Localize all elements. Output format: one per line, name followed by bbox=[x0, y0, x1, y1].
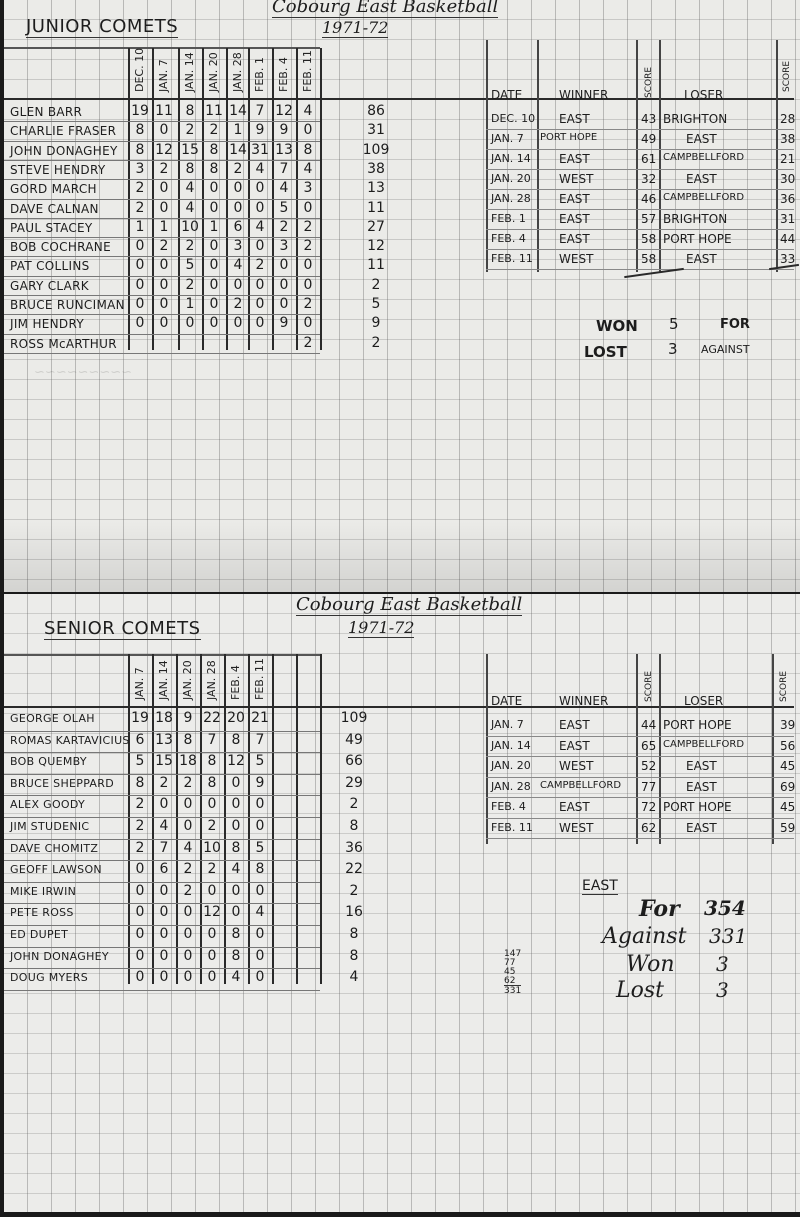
points-cell: 18 bbox=[152, 710, 176, 726]
player-name: GEORGE OLAH bbox=[10, 712, 95, 725]
points-cell: 0 bbox=[202, 238, 226, 254]
result-date: JAN. 7 bbox=[491, 718, 524, 731]
points-cell: 0 bbox=[248, 969, 272, 985]
points-cell: 2 bbox=[152, 161, 176, 177]
points-cell: 0 bbox=[128, 926, 152, 942]
points-cell: 3 bbox=[296, 180, 320, 196]
school-title: Cobourg East Basketball bbox=[296, 594, 522, 616]
points-cell: 0 bbox=[152, 969, 176, 985]
points-cell: 0 bbox=[248, 948, 272, 964]
player-row: CHARLIE FRASER8022199031 bbox=[4, 122, 424, 141]
against-label: AGAINST bbox=[701, 343, 750, 356]
points-cell: 4 bbox=[272, 180, 296, 196]
points-cell: 2 bbox=[202, 122, 226, 138]
points-cell: 0 bbox=[248, 238, 272, 254]
for-value: 354 bbox=[704, 896, 746, 920]
points-cell: 7 bbox=[152, 840, 176, 856]
points-cell: 2 bbox=[176, 775, 200, 791]
points-cell: 0 bbox=[224, 818, 248, 834]
result-loser: PORT HOPE bbox=[663, 718, 732, 732]
points-cell: 4 bbox=[248, 219, 272, 235]
row-divider bbox=[486, 149, 794, 150]
player-name: GORD MARCH bbox=[10, 182, 97, 196]
player-name: JOHN DONAGHEY bbox=[10, 950, 109, 963]
points-cell: 8 bbox=[128, 142, 152, 158]
won-label: Won bbox=[626, 952, 675, 977]
ledger-page-senior: SENIOR COMETS Cobourg East Basketball 19… bbox=[4, 594, 800, 1212]
row-divider bbox=[486, 269, 794, 270]
for-label: FOR bbox=[720, 317, 750, 332]
date-column-header: JAN. 14 bbox=[157, 660, 170, 700]
results-winner-header: WINNER bbox=[559, 88, 608, 102]
result-loser: EAST bbox=[686, 780, 717, 794]
player-row: ALEX GOODY2000002 bbox=[4, 796, 424, 818]
player-row: JOHN DONAGHEY0000808 bbox=[4, 948, 424, 970]
result-loser-score: 45 bbox=[780, 800, 795, 814]
total-points: 12 bbox=[356, 238, 396, 254]
result-loser: CAMPBELLFORD bbox=[663, 152, 744, 163]
points-cell: 13 bbox=[152, 732, 176, 748]
player-row: ROSS McARTHUR22 bbox=[4, 335, 424, 354]
player-name: PAUL STACEY bbox=[10, 221, 93, 235]
points-cell: 9 bbox=[248, 122, 272, 138]
points-cell: 0 bbox=[272, 257, 296, 273]
points-cell: 0 bbox=[272, 296, 296, 312]
player-row: DOUG MYERS0000404 bbox=[4, 969, 424, 991]
result-winner-score: 65 bbox=[641, 739, 656, 753]
points-cell: 2 bbox=[176, 861, 200, 877]
points-cell: 9 bbox=[272, 122, 296, 138]
points-cell: 7 bbox=[272, 161, 296, 177]
points-cell: 4 bbox=[178, 180, 202, 196]
points-cell: 20 bbox=[224, 710, 248, 726]
points-cell: 0 bbox=[200, 883, 224, 899]
result-winner: PORT HOPE bbox=[540, 132, 597, 143]
points-cell: 10 bbox=[178, 219, 202, 235]
bleed-through-text: ~~~~~~~~~ bbox=[34, 365, 132, 380]
total-points: 8 bbox=[334, 818, 374, 834]
points-cell: 0 bbox=[152, 180, 176, 196]
points-cell: 0 bbox=[152, 948, 176, 964]
points-cell: 0 bbox=[226, 315, 250, 331]
points-cell: 4 bbox=[176, 840, 200, 856]
player-row: BRUCE SHEPPARD82280929 bbox=[4, 775, 424, 797]
points-cell: 2 bbox=[128, 796, 152, 812]
points-cell: 5 bbox=[178, 257, 202, 273]
result-date: FEB. 11 bbox=[491, 821, 533, 834]
player-row: GEORGE OLAH19189222021109 bbox=[4, 710, 424, 732]
row-divider bbox=[486, 818, 794, 819]
result-loser-score: 28 bbox=[780, 112, 795, 126]
player-row: DAVE CHOMITZ274108536 bbox=[4, 840, 424, 862]
points-cell: 12 bbox=[152, 142, 176, 158]
player-name: MIKE IRWIN bbox=[10, 885, 76, 898]
won-value: 5 bbox=[669, 315, 679, 333]
points-cell: 0 bbox=[248, 277, 272, 293]
points-cell: 7 bbox=[248, 732, 272, 748]
points-cell: 2 bbox=[178, 238, 202, 254]
points-cell: 7 bbox=[248, 103, 272, 119]
result-winner: EAST bbox=[559, 152, 590, 166]
result-loser: BRIGHTON bbox=[663, 212, 727, 226]
points-cell: 22 bbox=[200, 710, 224, 726]
result-winner-score: 52 bbox=[641, 759, 656, 773]
total-points: 2 bbox=[356, 335, 396, 351]
result-winner-score: 77 bbox=[641, 780, 656, 794]
player-name: PAT COLLINS bbox=[10, 259, 90, 273]
points-cell: 0 bbox=[296, 277, 320, 293]
points-cell: 8 bbox=[202, 142, 226, 158]
points-cell: 8 bbox=[176, 732, 200, 748]
total-points: 11 bbox=[356, 200, 396, 216]
results-loser-header: LOSER bbox=[684, 88, 723, 102]
player-name: BOB COCHRANE bbox=[10, 240, 111, 254]
points-cell: 0 bbox=[248, 926, 272, 942]
calc-value: 331 bbox=[504, 985, 521, 996]
player-name: JIM HENDRY bbox=[10, 317, 84, 331]
row-divider bbox=[486, 838, 794, 839]
result-winner: WEST bbox=[559, 759, 593, 773]
result-winner-score: 57 bbox=[641, 212, 656, 226]
result-loser-score: 56 bbox=[780, 739, 795, 753]
points-cell: 10 bbox=[200, 840, 224, 856]
points-cell: 21 bbox=[248, 710, 272, 726]
player-row: GLEN BARR191181114712486 bbox=[4, 103, 424, 122]
points-cell: 0 bbox=[128, 948, 152, 964]
points-cell: 12 bbox=[200, 904, 224, 920]
points-cell: 5 bbox=[272, 200, 296, 216]
points-cell: 2 bbox=[296, 335, 320, 351]
player-row: STEVE HENDRY3288247438 bbox=[4, 161, 424, 180]
player-row: GORD MARCH2040004313 bbox=[4, 180, 424, 199]
points-cell: 0 bbox=[152, 883, 176, 899]
points-cell: 4 bbox=[296, 103, 320, 119]
total-points: 9 bbox=[356, 315, 396, 331]
result-loser-score: 36 bbox=[780, 192, 795, 206]
player-name: JIM STUDENIC bbox=[10, 820, 89, 833]
result-date: JAN. 28 bbox=[491, 780, 531, 793]
result-winner-score: 62 bbox=[641, 821, 656, 835]
points-cell: 1 bbox=[152, 219, 176, 235]
results-score2-header: SCORE bbox=[782, 61, 792, 92]
player-name: DAVE CALNAN bbox=[10, 202, 99, 216]
points-cell: 12 bbox=[224, 753, 248, 769]
points-cell: 0 bbox=[248, 883, 272, 899]
for-label: For bbox=[639, 896, 680, 922]
points-cell: 0 bbox=[224, 904, 248, 920]
total-points: 27 bbox=[356, 219, 396, 235]
date-column-header: JAN. 20 bbox=[181, 660, 194, 700]
player-name: GLEN BARR bbox=[10, 105, 82, 119]
result-loser: CAMPBELLFORD bbox=[663, 192, 744, 203]
points-cell: 15 bbox=[178, 142, 202, 158]
points-cell: 9 bbox=[272, 315, 296, 331]
points-cell: 0 bbox=[128, 904, 152, 920]
points-cell: 3 bbox=[226, 238, 250, 254]
points-cell: 0 bbox=[176, 796, 200, 812]
points-cell: 2 bbox=[296, 219, 320, 235]
date-column-header: JAN. 7 bbox=[157, 59, 170, 92]
points-cell: 0 bbox=[202, 277, 226, 293]
player-row: GARY CLARK002000002 bbox=[4, 277, 424, 296]
points-cell: 4 bbox=[224, 861, 248, 877]
points-cell: 0 bbox=[202, 315, 226, 331]
date-column-header: FEB. 4 bbox=[277, 57, 290, 92]
points-cell: 4 bbox=[296, 161, 320, 177]
points-cell: 6 bbox=[128, 732, 152, 748]
points-cell: 19 bbox=[128, 710, 152, 726]
result-winner: EAST bbox=[559, 800, 590, 814]
date-column-header: JAN. 7 bbox=[133, 667, 146, 700]
total-points: 2 bbox=[334, 883, 374, 899]
result-loser-score: 44 bbox=[780, 232, 795, 246]
row-divider bbox=[4, 353, 320, 354]
points-cell: 2 bbox=[296, 238, 320, 254]
result-winner: EAST bbox=[559, 718, 590, 732]
total-points: 66 bbox=[334, 753, 374, 769]
points-cell: 0 bbox=[202, 296, 226, 312]
result-loser-score: 30 bbox=[780, 172, 795, 186]
total-points: 8 bbox=[334, 926, 374, 942]
points-cell: 1 bbox=[178, 296, 202, 312]
points-cell: 18 bbox=[176, 753, 200, 769]
points-cell: 8 bbox=[202, 161, 226, 177]
date-column-header: JAN. 28 bbox=[205, 660, 218, 700]
points-cell: 0 bbox=[202, 257, 226, 273]
points-cell: 2 bbox=[152, 238, 176, 254]
player-row: GEOFF LAWSON06224822 bbox=[4, 861, 424, 883]
points-cell: 8 bbox=[200, 775, 224, 791]
season-label: 1971-72 bbox=[348, 618, 414, 638]
player-name: GARY CLARK bbox=[10, 279, 89, 293]
points-cell: 13 bbox=[272, 142, 296, 158]
points-cell: 2 bbox=[200, 818, 224, 834]
points-cell: 0 bbox=[224, 796, 248, 812]
points-cell: 3 bbox=[128, 161, 152, 177]
points-cell: 0 bbox=[128, 315, 152, 331]
player-name: DAVE CHOMITZ bbox=[10, 842, 98, 855]
points-cell: 0 bbox=[248, 180, 272, 196]
points-cell: 15 bbox=[152, 753, 176, 769]
result-winner-score: 43 bbox=[641, 112, 656, 126]
result-winner: WEST bbox=[559, 252, 593, 266]
points-cell: 1 bbox=[226, 122, 250, 138]
points-cell: 4 bbox=[248, 904, 272, 920]
player-name: DOUG MYERS bbox=[10, 971, 88, 984]
row-divider bbox=[486, 756, 794, 757]
results-score-header: SCORE bbox=[644, 67, 654, 98]
points-cell: 0 bbox=[176, 948, 200, 964]
row-divider bbox=[486, 249, 794, 250]
points-cell: 14 bbox=[226, 142, 250, 158]
points-cell: 0 bbox=[296, 122, 320, 138]
row-divider bbox=[486, 736, 794, 737]
total-points: 38 bbox=[356, 161, 396, 177]
date-column-header: DEC. 10 bbox=[133, 48, 146, 92]
result-winner: EAST bbox=[559, 112, 590, 126]
total-points: 2 bbox=[334, 796, 374, 812]
points-cell: 0 bbox=[248, 296, 272, 312]
points-cell: 0 bbox=[128, 238, 152, 254]
total-points: 2 bbox=[356, 277, 396, 293]
result-loser-score: 21 bbox=[780, 152, 795, 166]
points-cell: 4 bbox=[152, 818, 176, 834]
result-loser: PORT HOPE bbox=[663, 232, 732, 246]
result-winner-score: 58 bbox=[641, 232, 656, 246]
points-cell: 8 bbox=[200, 753, 224, 769]
points-cell: 0 bbox=[178, 315, 202, 331]
date-column-header: JAN. 20 bbox=[207, 52, 220, 92]
result-winner-score: 46 bbox=[641, 192, 656, 206]
lost-value: 3 bbox=[716, 978, 729, 1002]
result-loser-score: 31 bbox=[780, 212, 795, 226]
points-cell: 4 bbox=[224, 969, 248, 985]
result-loser: PORT HOPE bbox=[663, 800, 732, 814]
result-loser-score: 45 bbox=[780, 759, 795, 773]
points-cell: 0 bbox=[248, 200, 272, 216]
result-loser-score: 38 bbox=[780, 132, 795, 146]
date-column-header: FEB. 11 bbox=[253, 658, 266, 700]
result-winner: EAST bbox=[559, 192, 590, 206]
points-cell: 0 bbox=[128, 257, 152, 273]
total-points: 109 bbox=[334, 710, 374, 726]
points-cell: 0 bbox=[296, 257, 320, 273]
player-row: MIKE IRWIN0020002 bbox=[4, 883, 424, 905]
points-cell: 0 bbox=[176, 904, 200, 920]
result-loser: EAST bbox=[686, 759, 717, 773]
result-winner: EAST bbox=[559, 739, 590, 753]
points-cell: 6 bbox=[226, 219, 250, 235]
points-cell: 4 bbox=[248, 161, 272, 177]
player-row: JIM HENDRY000000909 bbox=[4, 315, 424, 334]
points-cell: 8 bbox=[224, 840, 248, 856]
date-column-header: FEB. 4 bbox=[229, 665, 242, 700]
result-date: JAN. 14 bbox=[491, 152, 531, 165]
points-cell: 2 bbox=[128, 180, 152, 196]
points-cell: 0 bbox=[152, 315, 176, 331]
total-points: 16 bbox=[334, 904, 374, 920]
row-divider bbox=[486, 129, 794, 130]
points-cell: 0 bbox=[152, 926, 176, 942]
summary-team-label: EAST bbox=[582, 878, 618, 895]
result-winner: WEST bbox=[559, 821, 593, 835]
result-loser: EAST bbox=[686, 172, 717, 186]
result-winner-score: 44 bbox=[641, 718, 656, 732]
player-name: ROSS McARTHUR bbox=[10, 337, 117, 351]
points-cell: 0 bbox=[152, 257, 176, 273]
result-winner: EAST bbox=[559, 212, 590, 226]
points-cell: 1 bbox=[128, 219, 152, 235]
results-loser-header: LOSER bbox=[684, 694, 723, 708]
points-cell: 0 bbox=[224, 883, 248, 899]
total-points: 22 bbox=[334, 861, 374, 877]
school-title: Cobourg East Basketball bbox=[272, 0, 498, 18]
player-name: GEOFF LAWSON bbox=[10, 863, 102, 876]
player-row: PAUL STACEY11101642227 bbox=[4, 219, 424, 238]
points-cell: 0 bbox=[128, 296, 152, 312]
player-name: ED DUPET bbox=[10, 928, 68, 941]
row-divider bbox=[486, 189, 794, 190]
points-cell: 2 bbox=[226, 161, 250, 177]
results-date-header: DATE bbox=[491, 88, 522, 102]
result-winner: EAST bbox=[559, 232, 590, 246]
player-row: ED DUPET0000808 bbox=[4, 926, 424, 948]
points-cell: 0 bbox=[224, 775, 248, 791]
points-cell: 5 bbox=[248, 753, 272, 769]
points-cell: 2 bbox=[128, 840, 152, 856]
points-cell: 0 bbox=[152, 904, 176, 920]
result-winner-score: 49 bbox=[641, 132, 656, 146]
ledger-page-junior: JUNIOR COMETS Cobourg East Basketball 19… bbox=[4, 0, 800, 592]
points-cell: 0 bbox=[202, 200, 226, 216]
result-loser: BRIGHTON bbox=[663, 112, 727, 126]
result-loser: EAST bbox=[686, 821, 717, 835]
points-cell: 6 bbox=[152, 861, 176, 877]
result-date: JAN. 20 bbox=[491, 759, 531, 772]
against-label: Against bbox=[602, 924, 686, 949]
points-cell: 0 bbox=[176, 818, 200, 834]
date-column-header: FEB. 1 bbox=[253, 57, 266, 92]
points-cell: 2 bbox=[128, 200, 152, 216]
result-loser: CAMPBELLFORD bbox=[663, 739, 744, 750]
date-column-header: JAN. 28 bbox=[231, 52, 244, 92]
total-points: 5 bbox=[356, 296, 396, 312]
result-winner-score: 61 bbox=[641, 152, 656, 166]
lost-label: Lost bbox=[616, 978, 664, 1003]
row-divider bbox=[486, 797, 794, 798]
total-points: 86 bbox=[356, 103, 396, 119]
points-cell: 0 bbox=[176, 969, 200, 985]
points-cell: 9 bbox=[176, 710, 200, 726]
points-cell: 2 bbox=[200, 861, 224, 877]
row-divider bbox=[4, 990, 320, 991]
result-date: DEC. 10 bbox=[491, 112, 535, 125]
points-cell: 0 bbox=[296, 315, 320, 331]
player-name: CHARLIE FRASER bbox=[10, 124, 116, 138]
points-cell: 2 bbox=[248, 257, 272, 273]
player-row: JIM STUDENIC2402008 bbox=[4, 818, 424, 840]
points-cell: 1 bbox=[202, 219, 226, 235]
total-points: 4 bbox=[334, 969, 374, 985]
won-value: 3 bbox=[716, 952, 729, 976]
result-winner: CAMPBELLFORD bbox=[540, 780, 621, 791]
date-column-header: FEB. 11 bbox=[301, 50, 314, 92]
points-cell: 2 bbox=[272, 219, 296, 235]
points-cell: 4 bbox=[178, 200, 202, 216]
points-cell: 0 bbox=[152, 122, 176, 138]
total-points: 13 bbox=[356, 180, 396, 196]
points-cell: 0 bbox=[152, 796, 176, 812]
against-value: 331 bbox=[709, 924, 747, 948]
points-cell: 8 bbox=[178, 103, 202, 119]
total-points: 29 bbox=[334, 775, 374, 791]
results-date-header: DATE bbox=[491, 694, 522, 708]
points-cell: 0 bbox=[128, 883, 152, 899]
result-winner-score: 72 bbox=[641, 800, 656, 814]
points-cell: 0 bbox=[272, 277, 296, 293]
player-name: BOB QUEMBY bbox=[10, 755, 87, 768]
player-row: BOB COCHRANE0220303212 bbox=[4, 238, 424, 257]
result-loser-score: 59 bbox=[780, 821, 795, 835]
result-loser: EAST bbox=[686, 132, 717, 146]
lost-label: LOST bbox=[584, 343, 627, 361]
points-cell: 2 bbox=[296, 296, 320, 312]
points-cell: 7 bbox=[200, 732, 224, 748]
points-cell: 8 bbox=[224, 926, 248, 942]
row-divider bbox=[486, 169, 794, 170]
player-name: STEVE HENDRY bbox=[10, 163, 105, 177]
player-name: PETE ROSS bbox=[10, 906, 74, 919]
